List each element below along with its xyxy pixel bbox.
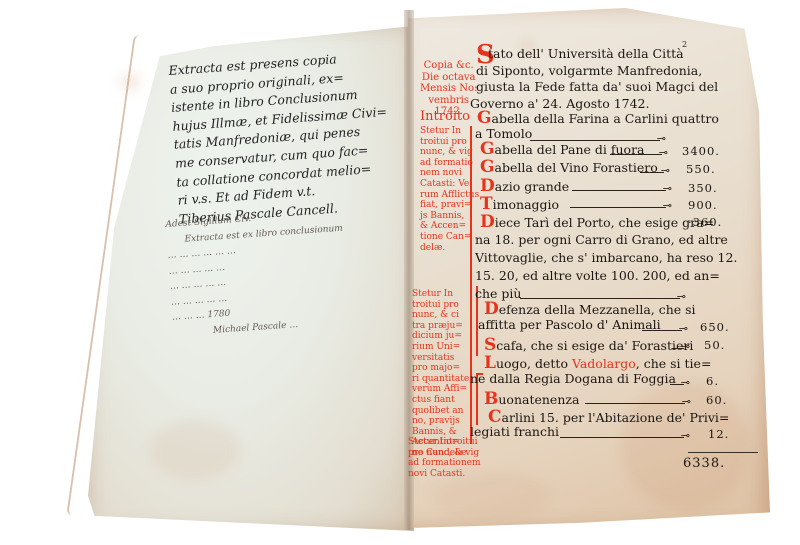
margin-line: versitatis xyxy=(412,353,472,364)
leader-line xyxy=(640,172,664,173)
entry-initial: B xyxy=(484,389,498,409)
margin-line: Catasti: Ve xyxy=(420,179,479,190)
margin-line: ad formationem xyxy=(408,458,481,469)
heading-line: tato dell' Università della Città xyxy=(470,46,718,63)
entry-text: iece Tarì del Porto, che esige gra= xyxy=(495,215,714,230)
margin-line: delæ. xyxy=(420,243,479,254)
margin-line: rium Uni= xyxy=(412,342,472,353)
margin-line: rum Afflictus xyxy=(420,190,479,201)
margin-line: ctus fiant xyxy=(412,395,472,406)
margin-line: troitui pro xyxy=(412,300,472,311)
leader-line xyxy=(572,190,666,191)
ledger-entry: Luogo, detto Vadolargo, che si tie= xyxy=(484,353,711,373)
entry-initial: S xyxy=(484,335,496,355)
margin-line: no, pravijs xyxy=(412,416,472,427)
entry-amount: 550. xyxy=(686,162,716,176)
margin-line: verùm Affi= xyxy=(412,384,472,395)
heading-line: giusta la Fede fatta da' suoi Magci del xyxy=(470,79,718,96)
entry-text: azio grande xyxy=(495,179,569,194)
entry-text: efenza della Mezzanella, che si xyxy=(499,302,696,317)
entry-text: , che si tie= xyxy=(636,356,712,371)
ledger-entry: Diece Tarì del Porto, che esige gra= xyxy=(480,212,714,232)
margin-line: novi Catasti. xyxy=(408,469,481,480)
ledger-entry: Gabella della Farina a Carlini quattro xyxy=(477,108,719,128)
margin-line: nem novi xyxy=(420,168,479,179)
entry-text: abella della Farina a Carlini quattro xyxy=(492,111,719,126)
entry-initial: D xyxy=(480,176,495,196)
leader-line xyxy=(610,154,662,155)
margin-line: Stetur In xyxy=(420,126,479,137)
seal-note: Adest Sigillum Civ. Extracta est ex libr… xyxy=(165,202,403,342)
entry-amount: 350. xyxy=(688,181,718,195)
heading-line: di Siponto, volgarmte Manfredonia, xyxy=(470,63,718,80)
stain xyxy=(120,75,140,89)
entry-amount: ·360. xyxy=(688,215,722,229)
ledger-entry: Dazio grande xyxy=(480,176,569,196)
entry-initial: T xyxy=(480,194,493,214)
entry-continuation: 15. 20, ed altre volte 100. 200, ed an= xyxy=(475,268,720,283)
ledger-entry: Defenza della Mezzanella, che si xyxy=(484,299,696,319)
leader-line xyxy=(560,437,684,438)
leader-line xyxy=(570,207,666,208)
entry-amount: 12. xyxy=(708,427,729,441)
place-name-highlight: Vadolargo xyxy=(572,356,636,371)
entry-initial: D xyxy=(484,299,499,319)
entry-text: uogo, detto xyxy=(496,356,572,371)
entry-amount: 650. xyxy=(700,320,730,334)
entry-text: uonatenenza xyxy=(498,392,579,407)
entry-text: imonaggio xyxy=(493,197,559,212)
entry-continuation: ne dalla Regia Dogana di Foggia xyxy=(470,371,676,386)
entry-initial: G xyxy=(477,108,492,128)
entry-text: arlini 15. per l'Abitazione de' Privi= xyxy=(502,410,730,425)
entry-amount: 6. xyxy=(706,374,719,388)
leader-line xyxy=(585,403,685,404)
margin-line: js Bannis, xyxy=(420,211,479,222)
entry-initial: G xyxy=(480,157,495,177)
entry-continuation: affitta per Pascolo d' Animali xyxy=(478,317,661,332)
section-label-introito: Introito xyxy=(420,112,470,123)
margin-line: ri quantitate, xyxy=(412,374,472,385)
entry-initial: G xyxy=(480,139,495,159)
margin-line: tra præju= xyxy=(412,321,472,332)
entry-initial: D xyxy=(480,212,495,232)
entry-text: cafa, che si esige da' Forastieri xyxy=(496,338,693,353)
stain xyxy=(150,420,240,480)
margin-line: Stetur In xyxy=(412,289,472,300)
margin-line: pro nunc, & vig xyxy=(408,448,481,459)
entry-continuation: legiati franchi xyxy=(470,424,559,439)
leader-line xyxy=(670,384,684,385)
total-rule xyxy=(688,452,758,453)
copia-line: Die octava xyxy=(420,72,477,84)
margin-line: nunc, & ci xyxy=(412,310,472,321)
entry-amount: 900. xyxy=(688,198,718,212)
ledger-total: 6338. xyxy=(683,456,725,471)
margin-line: pro majo= xyxy=(412,363,472,374)
entry-amount: 3400. xyxy=(682,144,720,158)
leader-line xyxy=(672,348,684,349)
margin-line: & Accen= xyxy=(420,221,479,232)
document-heading: tato dell' Università della Città di Sip… xyxy=(470,46,718,112)
margin-line: troitui pro xyxy=(420,137,479,148)
copia-line: vembris xyxy=(420,95,477,107)
entry-initial: L xyxy=(484,353,496,373)
margin-line: Bannis, & xyxy=(412,427,472,438)
entry-amount: 60. xyxy=(706,393,727,407)
margin-line: fiat, pravi= xyxy=(420,200,479,211)
copia-line: Mensis No: xyxy=(420,83,477,95)
entry-text: abella del Vino Forastiero xyxy=(495,160,658,175)
ledger-entry: Timonaggio xyxy=(480,194,559,214)
entry-continuation: na 18. per ogni Carro di Grano, ed altre xyxy=(475,232,728,247)
manuscript-photo: Extracta est presens copia a suo proprio… xyxy=(0,0,800,545)
entry-amount: 50. xyxy=(704,338,725,352)
margin-note-2: Stetur In troitui pro nunc, & ci tra præ… xyxy=(412,289,472,459)
margin-note-1: Stetur In troitui pro nunc, & vig ad for… xyxy=(420,126,479,253)
ledger-entry: Gabella del Vino Forastiero xyxy=(480,157,658,177)
entry-continuation: Vittovaglie, che s' imbarcano, ha reso 1… xyxy=(475,250,737,265)
margin-line: ad formatio xyxy=(420,158,479,169)
ledger-entry: Scafa, che si esige da' Forastieri xyxy=(484,335,693,355)
margin-line: tione Can= xyxy=(420,232,479,243)
margin-note-3: Stetur Introitui pro nunc, & vig ad form… xyxy=(408,437,481,479)
ledger-entry: Gabella del Pane di fuora xyxy=(480,139,645,159)
margin-line: dicium ju= xyxy=(412,331,472,342)
ledger-entry: Buonatenenza xyxy=(484,389,579,409)
leader-line xyxy=(642,330,682,331)
margin-line: quolibet an xyxy=(412,406,472,417)
copia-line: Copia &c. xyxy=(420,60,477,72)
margin-line: nunc, & vig xyxy=(420,147,479,158)
